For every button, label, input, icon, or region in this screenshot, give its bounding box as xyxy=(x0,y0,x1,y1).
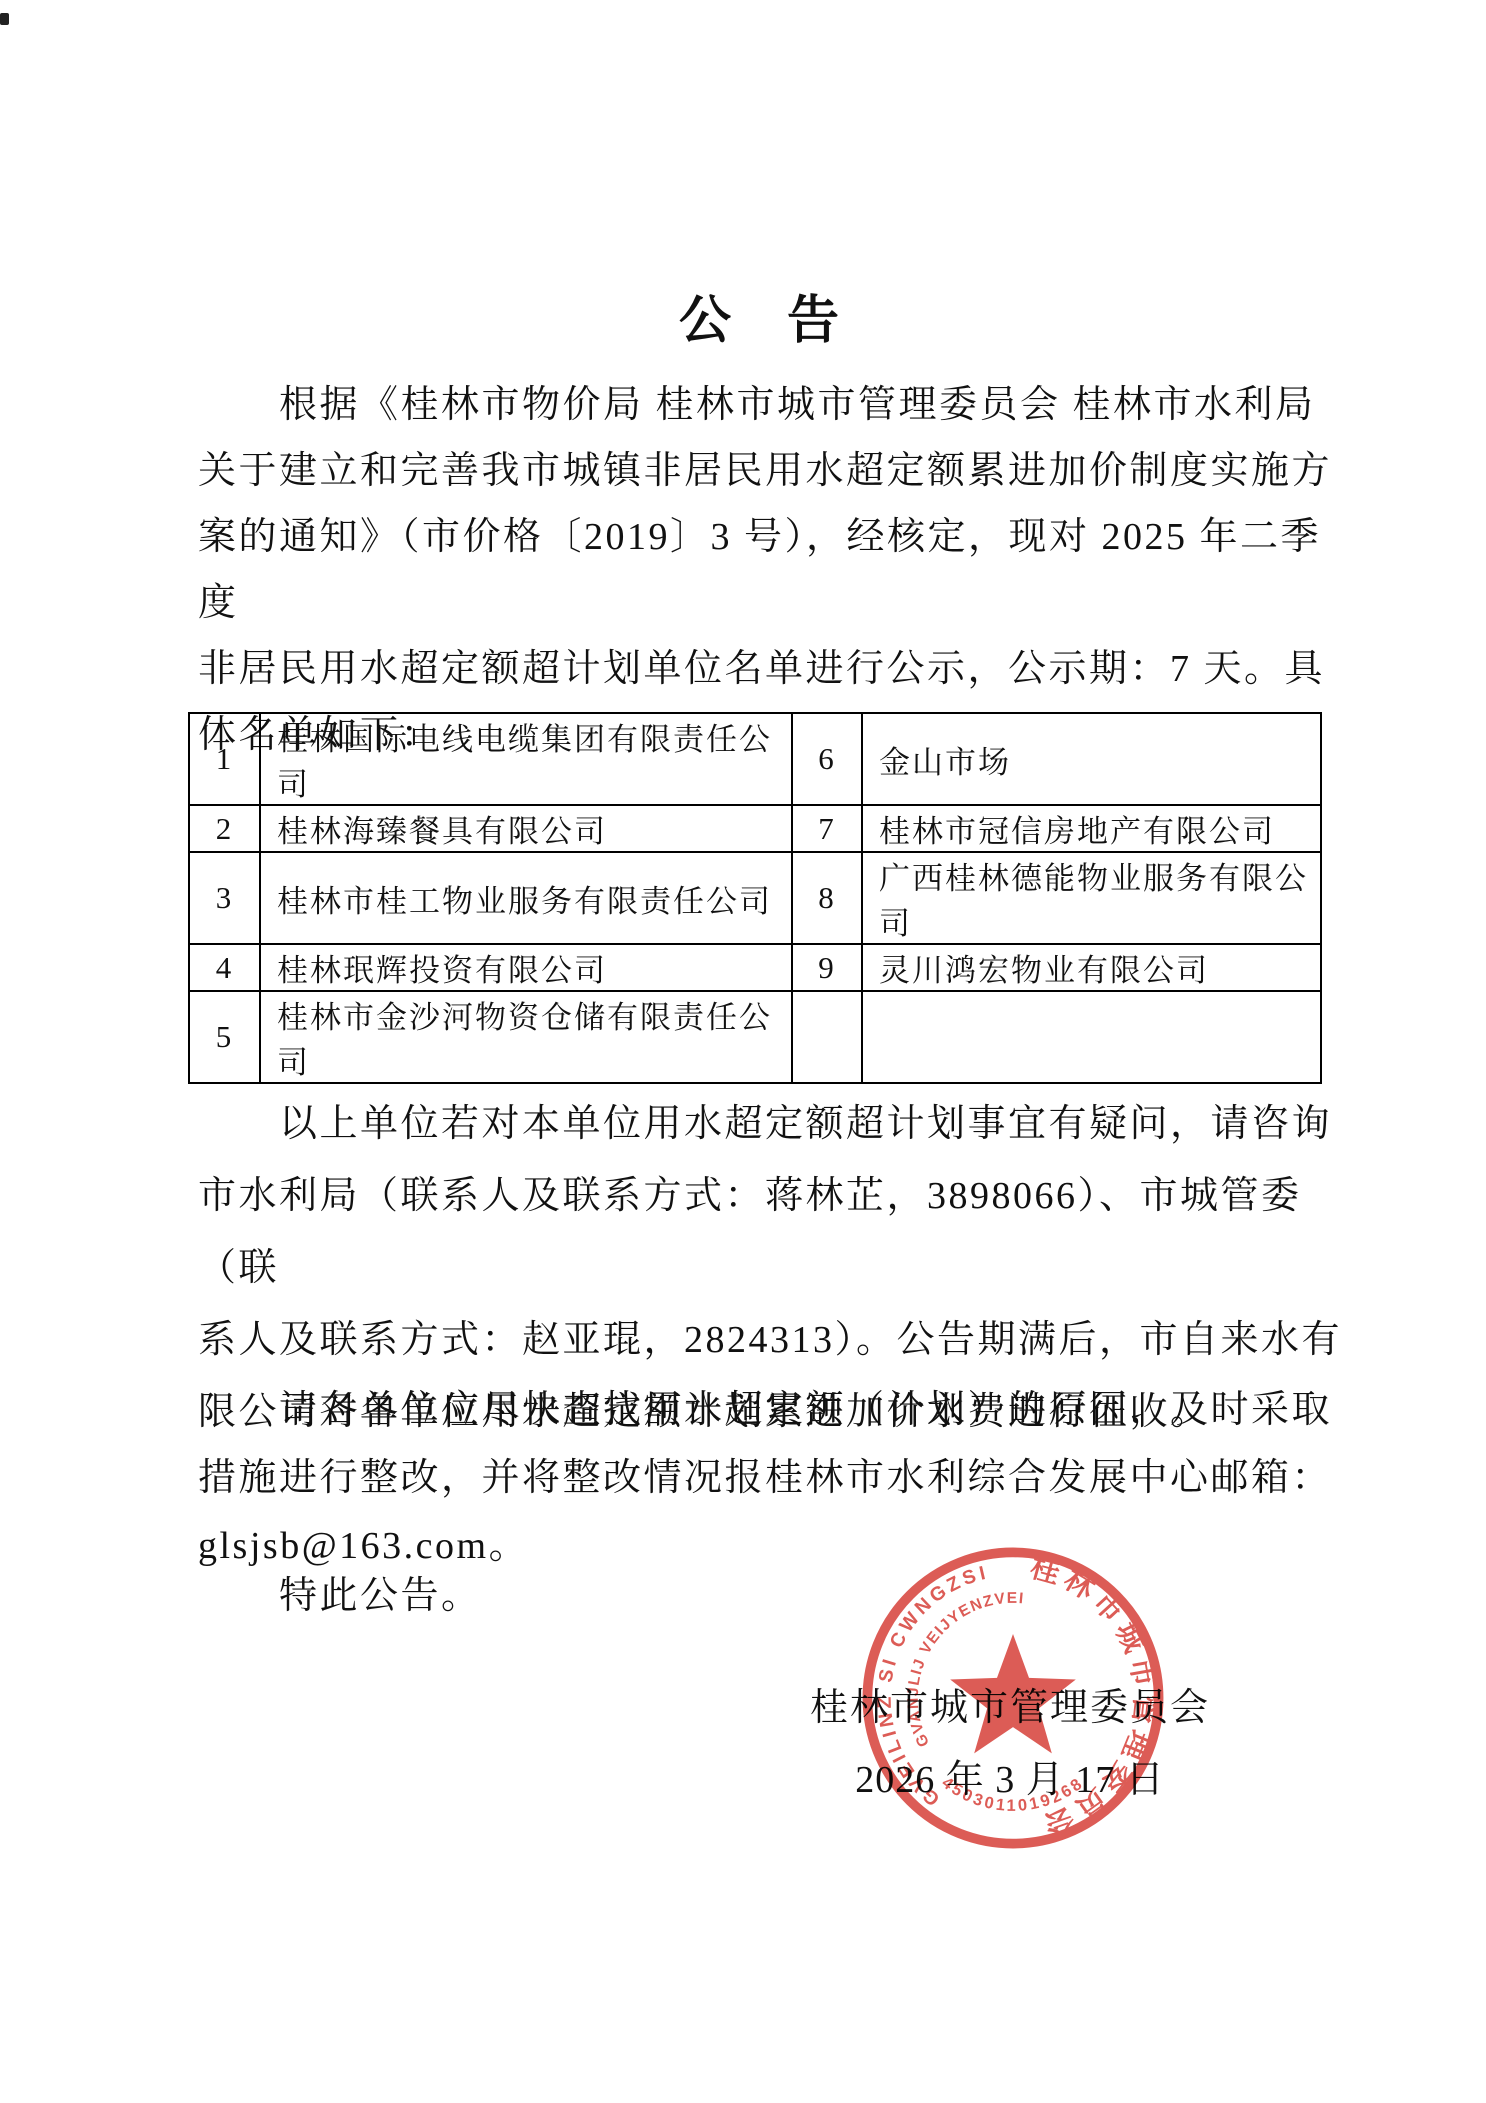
company-name: 桂林珉辉投资有限公司 xyxy=(260,944,792,991)
row-number: 9 xyxy=(792,944,862,991)
issuing-organization: 桂林市城市管理委员会 xyxy=(800,1672,1220,1744)
company-name: 桂林市桂工物业服务有限责任公司 xyxy=(260,852,792,944)
row-number: 3 xyxy=(189,852,260,944)
company-name: 广西桂林德能物业服务有限公司 xyxy=(862,852,1321,944)
company-name: 金山市场 xyxy=(862,713,1321,805)
row-number: 2 xyxy=(189,805,260,852)
unit-roster-table: 1 桂林国际电线电缆集团有限责任公司 6 金山市场 2 桂林海臻餐具有限公司 7… xyxy=(188,712,1322,1084)
page-title: 公 告 xyxy=(190,278,1330,353)
rectification-paragraph: 请各单位应尽快查找用水超定额（计划）的原因，及时采取 措施进行整改，并将整改情况… xyxy=(198,1376,1348,1580)
table-row: 3 桂林市桂工物业服务有限责任公司 8 广西桂林德能物业服务有限公司 xyxy=(189,852,1321,944)
issue-date: 2026 年 3 月 17 日 xyxy=(800,1744,1220,1816)
company-name xyxy=(862,991,1321,1083)
company-name: 桂林海臻餐具有限公司 xyxy=(260,805,792,852)
closing-line: 特此公告。 xyxy=(198,1562,1348,1630)
company-name: 桂林国际电线电缆集团有限责任公司 xyxy=(260,713,792,805)
intro-paragraph: 根据《桂林市物价局 桂林市城市管理委员会 桂林市水利局 关于建立和完善我市城镇非… xyxy=(198,372,1348,768)
row-number xyxy=(792,991,862,1083)
table-row: 1 桂林国际电线电缆集团有限责任公司 6 金山市场 xyxy=(189,713,1321,805)
row-number: 8 xyxy=(792,852,862,944)
row-number: 5 xyxy=(189,991,260,1083)
announcement-page: 公 告 根据《桂林市物价局 桂林市城市管理委员会 桂林市水利局 关于建立和完善我… xyxy=(0,0,1486,2103)
table-row: 5 桂林市金沙河物资仓储有限责任公司 xyxy=(189,991,1321,1083)
signature-block: 桂林市城市管理委员会 2026 年 3 月 17 日 xyxy=(800,1672,1220,1816)
scan-artifact xyxy=(0,13,9,25)
company-name: 桂林市冠信房地产有限公司 xyxy=(862,805,1321,852)
company-name: 灵川鸿宏物业有限公司 xyxy=(862,944,1321,991)
row-number: 6 xyxy=(792,713,862,805)
table-row: 2 桂林海臻餐具有限公司 7 桂林市冠信房地产有限公司 xyxy=(189,805,1321,852)
row-number: 7 xyxy=(792,805,862,852)
row-number: 1 xyxy=(189,713,260,805)
row-number: 4 xyxy=(189,944,260,991)
table-row: 4 桂林珉辉投资有限公司 9 灵川鸿宏物业有限公司 xyxy=(189,944,1321,991)
company-name: 桂林市金沙河物资仓储有限责任公司 xyxy=(260,991,792,1083)
